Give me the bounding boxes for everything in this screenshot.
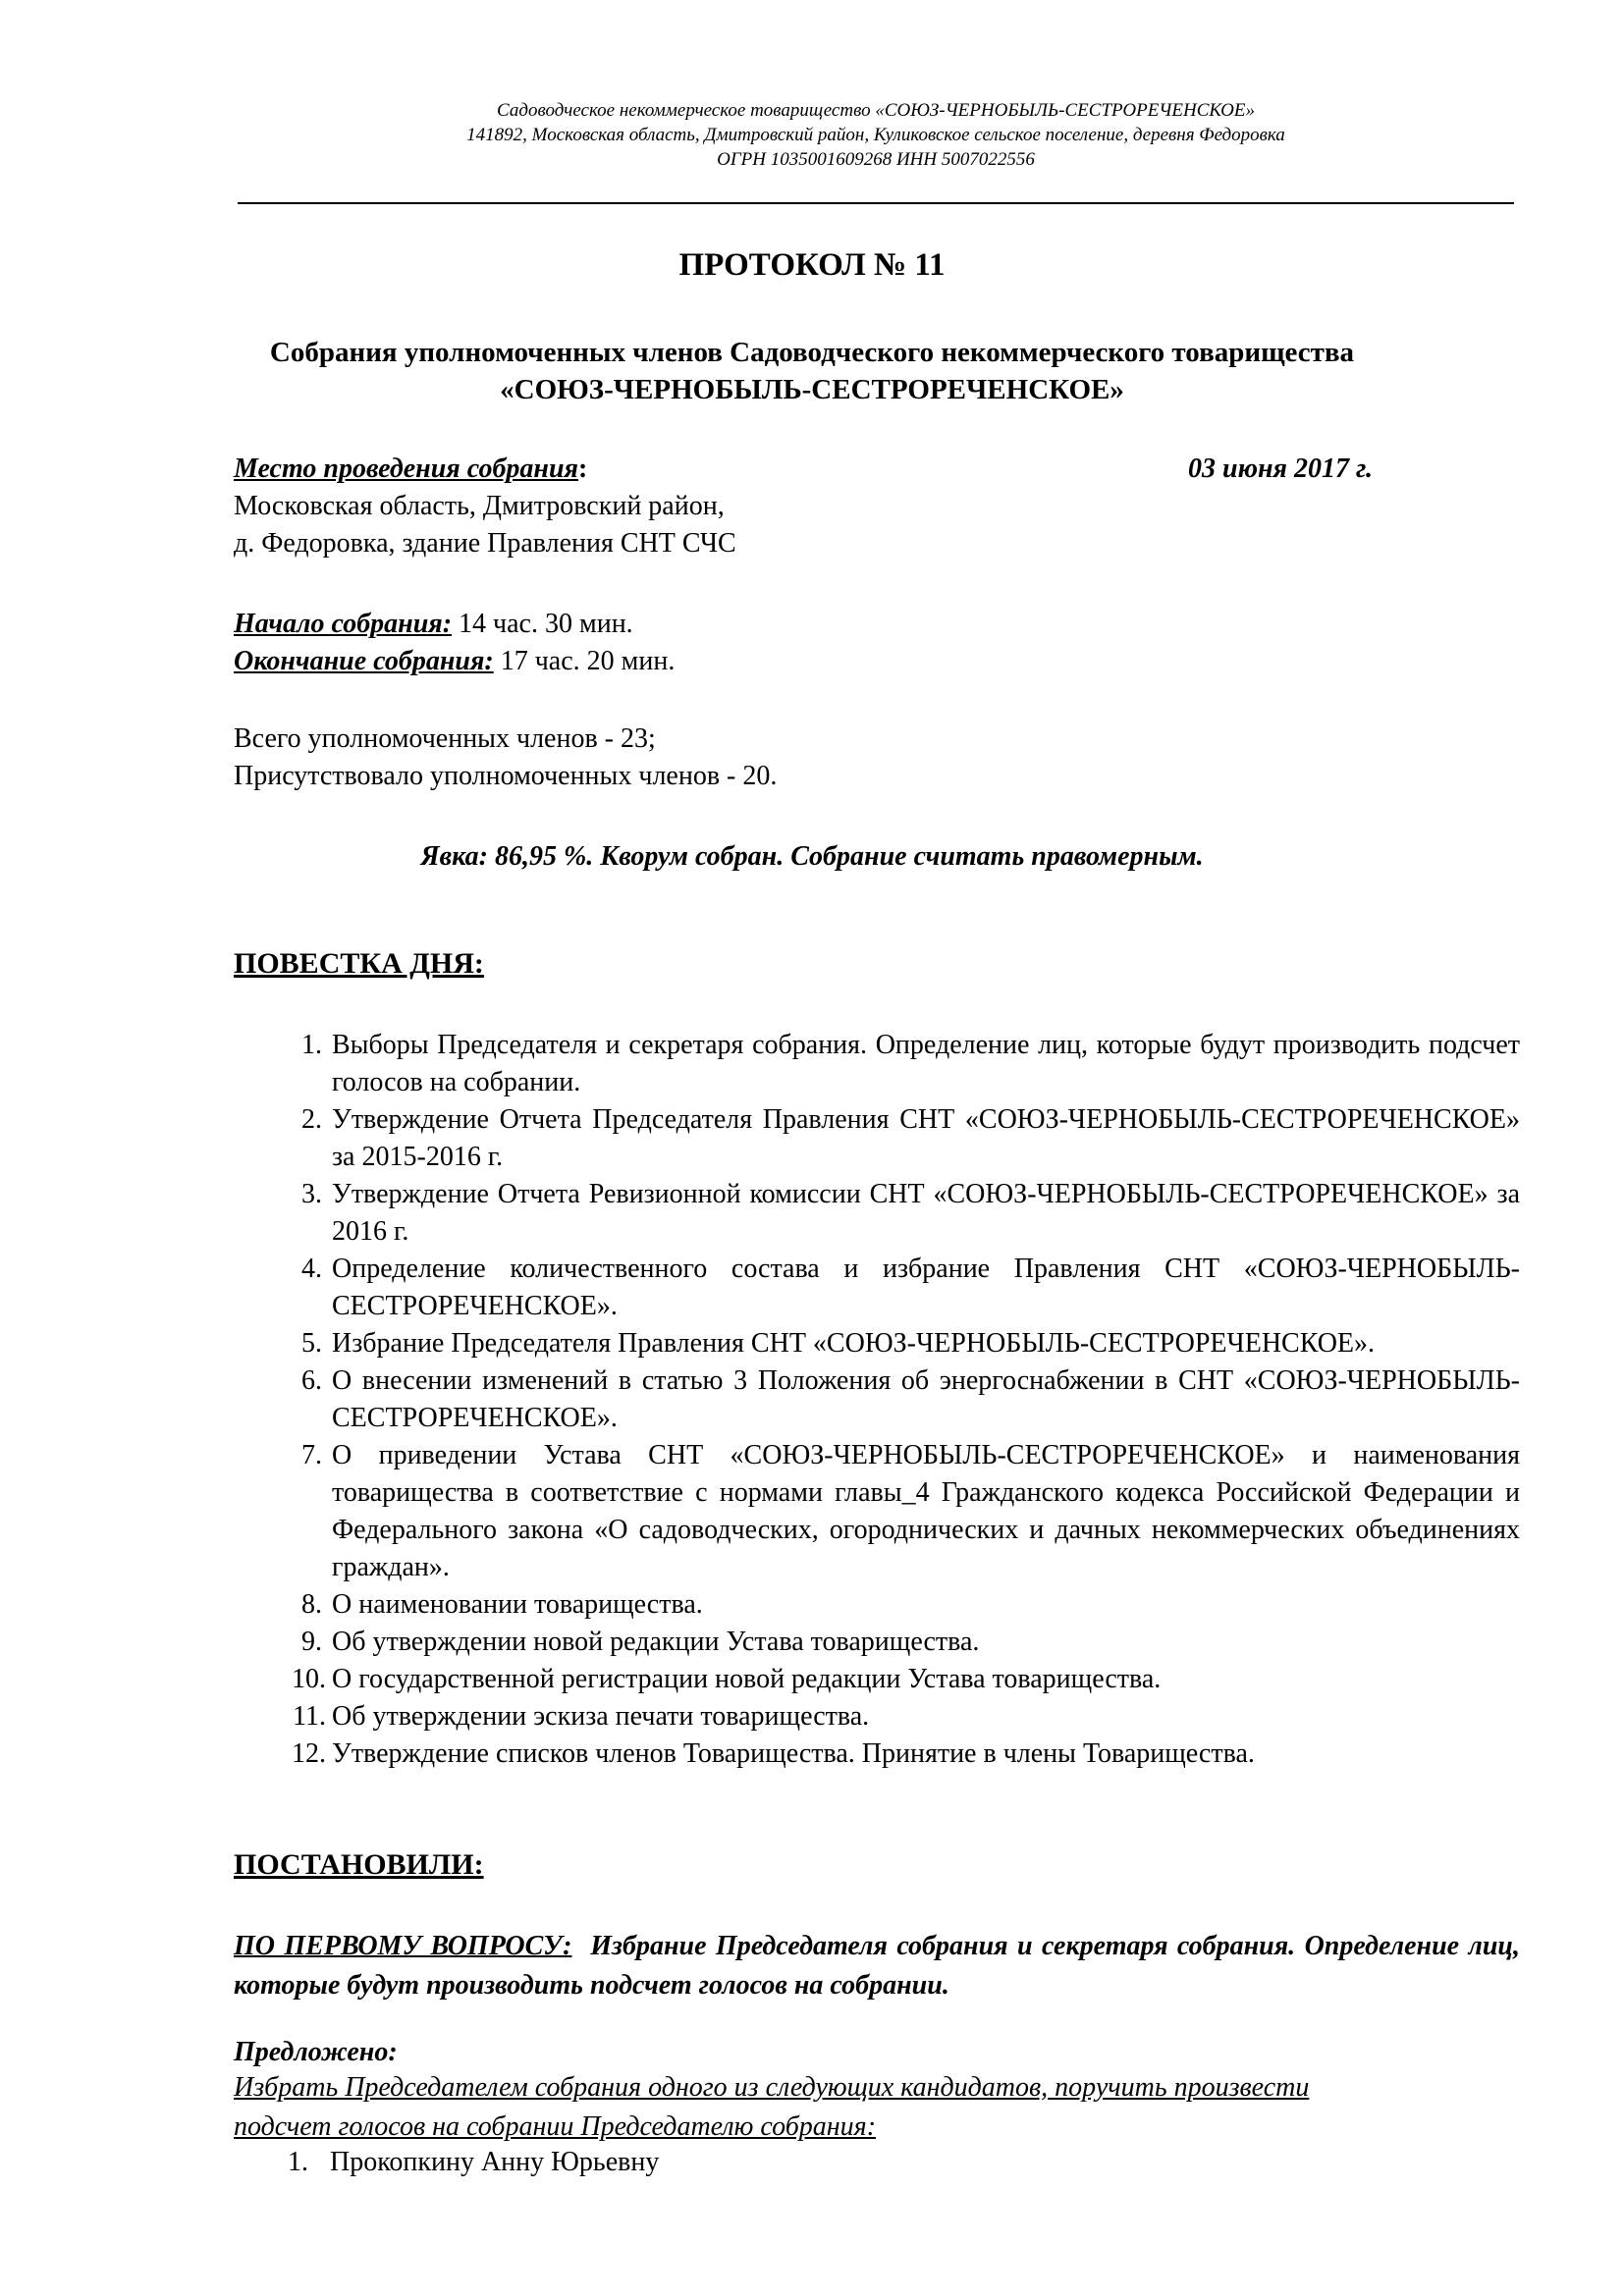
agenda-item-number: 10. [273,1661,326,1698]
subtitle-line-2: «СОЮЗ-ЧЕРНОБЫЛЬ-СЕСТРОРЕЧЕНСКОЕ» [0,371,1624,408]
agenda-item-number: 9. [273,1624,322,1661]
candidate-name: Прокопкину Анну Юрьевну [330,2147,659,2177]
total-members: Всего уполномоченных членов - 23; [234,721,1520,758]
agenda-item: 6.О внесении изменений в статью 3 Положе… [273,1362,1520,1437]
agenda-item-text: Утверждение Отчета Председателя Правлени… [332,1101,1520,1176]
agenda-item: 7.О приведении Устава СНТ «СОЮЗ-ЧЕРНОБЫЛ… [273,1437,1520,1586]
letterhead-address: 141892, Московская область, Дмитровский … [238,123,1514,147]
document-page: Садоводческое некоммерческое товариществ… [0,0,1624,2296]
present-members: Присутствовало уполномоченных членов - 2… [234,758,1520,795]
agenda-item-text: О государственной регистрации новой реда… [332,1661,1520,1698]
candidate-number: 1. [288,2147,308,2178]
candidate-list: 1.Прокопкину Анну Юрьевну [234,2147,1520,2178]
agenda-item: 2.Утверждение Отчета Председателя Правле… [273,1101,1520,1176]
meeting-place-line-2: д. Федоровка, здание Правления СНТ СЧС [234,525,1520,562]
proposed-text: Избрать Председателем собрания одного из… [234,2068,1373,2147]
agenda-list: 1.Выборы Председателя и секретаря собран… [273,1027,1520,1773]
agenda-heading: ПОВЕСТКА ДНЯ: [234,947,484,980]
agenda-heading-block: ПОВЕСТКА ДНЯ: [234,947,1520,981]
agenda-item: 9. Об утверждении новой редакции Устава … [273,1624,1520,1661]
agenda-item-text: О приведении Устава СНТ «СОЮЗ-ЧЕРНОБЫЛЬ-… [332,1437,1520,1586]
agenda-item: 12.Утверждение списков членов Товарищест… [273,1735,1520,1773]
end-label: Окончание собрания: [234,646,494,676]
protocol-title: ПРОТОКОЛ № 11 [0,247,1624,284]
agenda-item-number: 12. [273,1735,326,1773]
letterhead-registration: ОГРН 1035001609268 ИНН 5007022556 [238,147,1514,172]
agenda-item-text: Об утверждении новой редакции Устава тов… [332,1624,1520,1661]
question-1-label: ПО ПЕРВОМУ ВОПРОСУ: [234,1931,571,1961]
agenda-item-number: 11. [273,1698,326,1735]
agenda-item-text: О внесении изменений в статью 3 Положени… [332,1362,1520,1437]
protocol-subtitle: Собрания уполномоченных членов Садоводче… [0,334,1624,408]
agenda-item-text: Выборы Председателя и секретаря собрания… [332,1027,1520,1101]
agenda-item: 1.Выборы Председателя и секретаря собран… [273,1027,1520,1101]
agenda-item: 11.Об утверждении эскиза печати товарище… [273,1698,1520,1735]
proposal-block: Предложено: Избрать Председателем собран… [234,2037,1520,2178]
start-value: 14 час. 30 мин. [452,609,633,639]
agenda-item: 5.Избрание Председателя Правления СНТ «С… [273,1325,1520,1362]
subtitle-line-1: Собрания уполномоченных членов Садоводче… [0,334,1624,371]
meeting-place-line-1: Московская область, Дмитровский район, [234,488,1520,525]
resolved-heading: ПОСТАНОВИЛИ: [234,1848,484,1881]
agenda-item-text: Утверждение списков членов Товарищества.… [332,1735,1520,1773]
resolved-heading-block: ПОСТАНОВИЛИ: [234,1848,1520,1882]
agenda-item-text: Определение количественного состава и из… [332,1251,1520,1325]
agenda-item-number: 7. [273,1437,322,1474]
agenda-item: 3.Утверждение Отчета Ревизионной комисси… [273,1176,1520,1251]
meeting-date: 03 июня 2017 г. [1188,454,1373,485]
agenda-item-text: О наименовании товарищества. [332,1586,1520,1624]
agenda-item: 4.Определение количественного состава и … [273,1251,1520,1325]
end-value: 17 час. 20 мин. [494,646,676,676]
start-label: Начало собрания: [234,609,452,639]
proposed-label: Предложено: [234,2037,1520,2068]
agenda-item-text: Об утверждении эскиза печати товариществ… [332,1698,1520,1735]
letterhead-org-name: Садоводческое некоммерческое товариществ… [238,98,1514,123]
agenda-item-number: 5. [273,1325,322,1362]
meeting-place-colon: : [578,454,587,484]
letterhead: Садоводческое некоммерческое товариществ… [238,98,1514,172]
agenda-item-number: 3. [273,1176,322,1213]
agenda-item: 8. О наименовании товарищества. [273,1586,1520,1624]
agenda-list-block: 1.Выборы Председателя и секретаря собран… [273,1027,1520,1773]
agenda-item-number: 8. [273,1586,322,1624]
quorum-statement: Явка: 86,95 %. Кворум собран. Собрание с… [0,841,1624,873]
agenda-item-number: 1. [273,1027,322,1064]
agenda-item-text: Избрание Председателя Правления СНТ «СОЮ… [332,1325,1520,1362]
meeting-times: Начало собрания: 14 час. 30 мин. Окончан… [234,606,1520,680]
candidate-item: 1.Прокопкину Анну Юрьевну [234,2147,1520,2178]
agenda-item-text: Утверждение Отчета Ревизионной комиссии … [332,1176,1520,1251]
question-1-heading: ПО ПЕРВОМУ ВОПРОСУ: Избрание Председател… [234,1927,1520,2005]
letterhead-divider [238,202,1514,204]
meeting-place-label: Место проведения собрания [234,454,578,484]
agenda-item-number: 6. [273,1362,322,1400]
attendance: Всего уполномоченных членов - 23; Присут… [234,721,1520,795]
agenda-item-number: 4. [273,1251,322,1288]
agenda-item: 10.О государственной регистрации новой р… [273,1661,1520,1698]
agenda-item-number: 2. [273,1101,322,1139]
